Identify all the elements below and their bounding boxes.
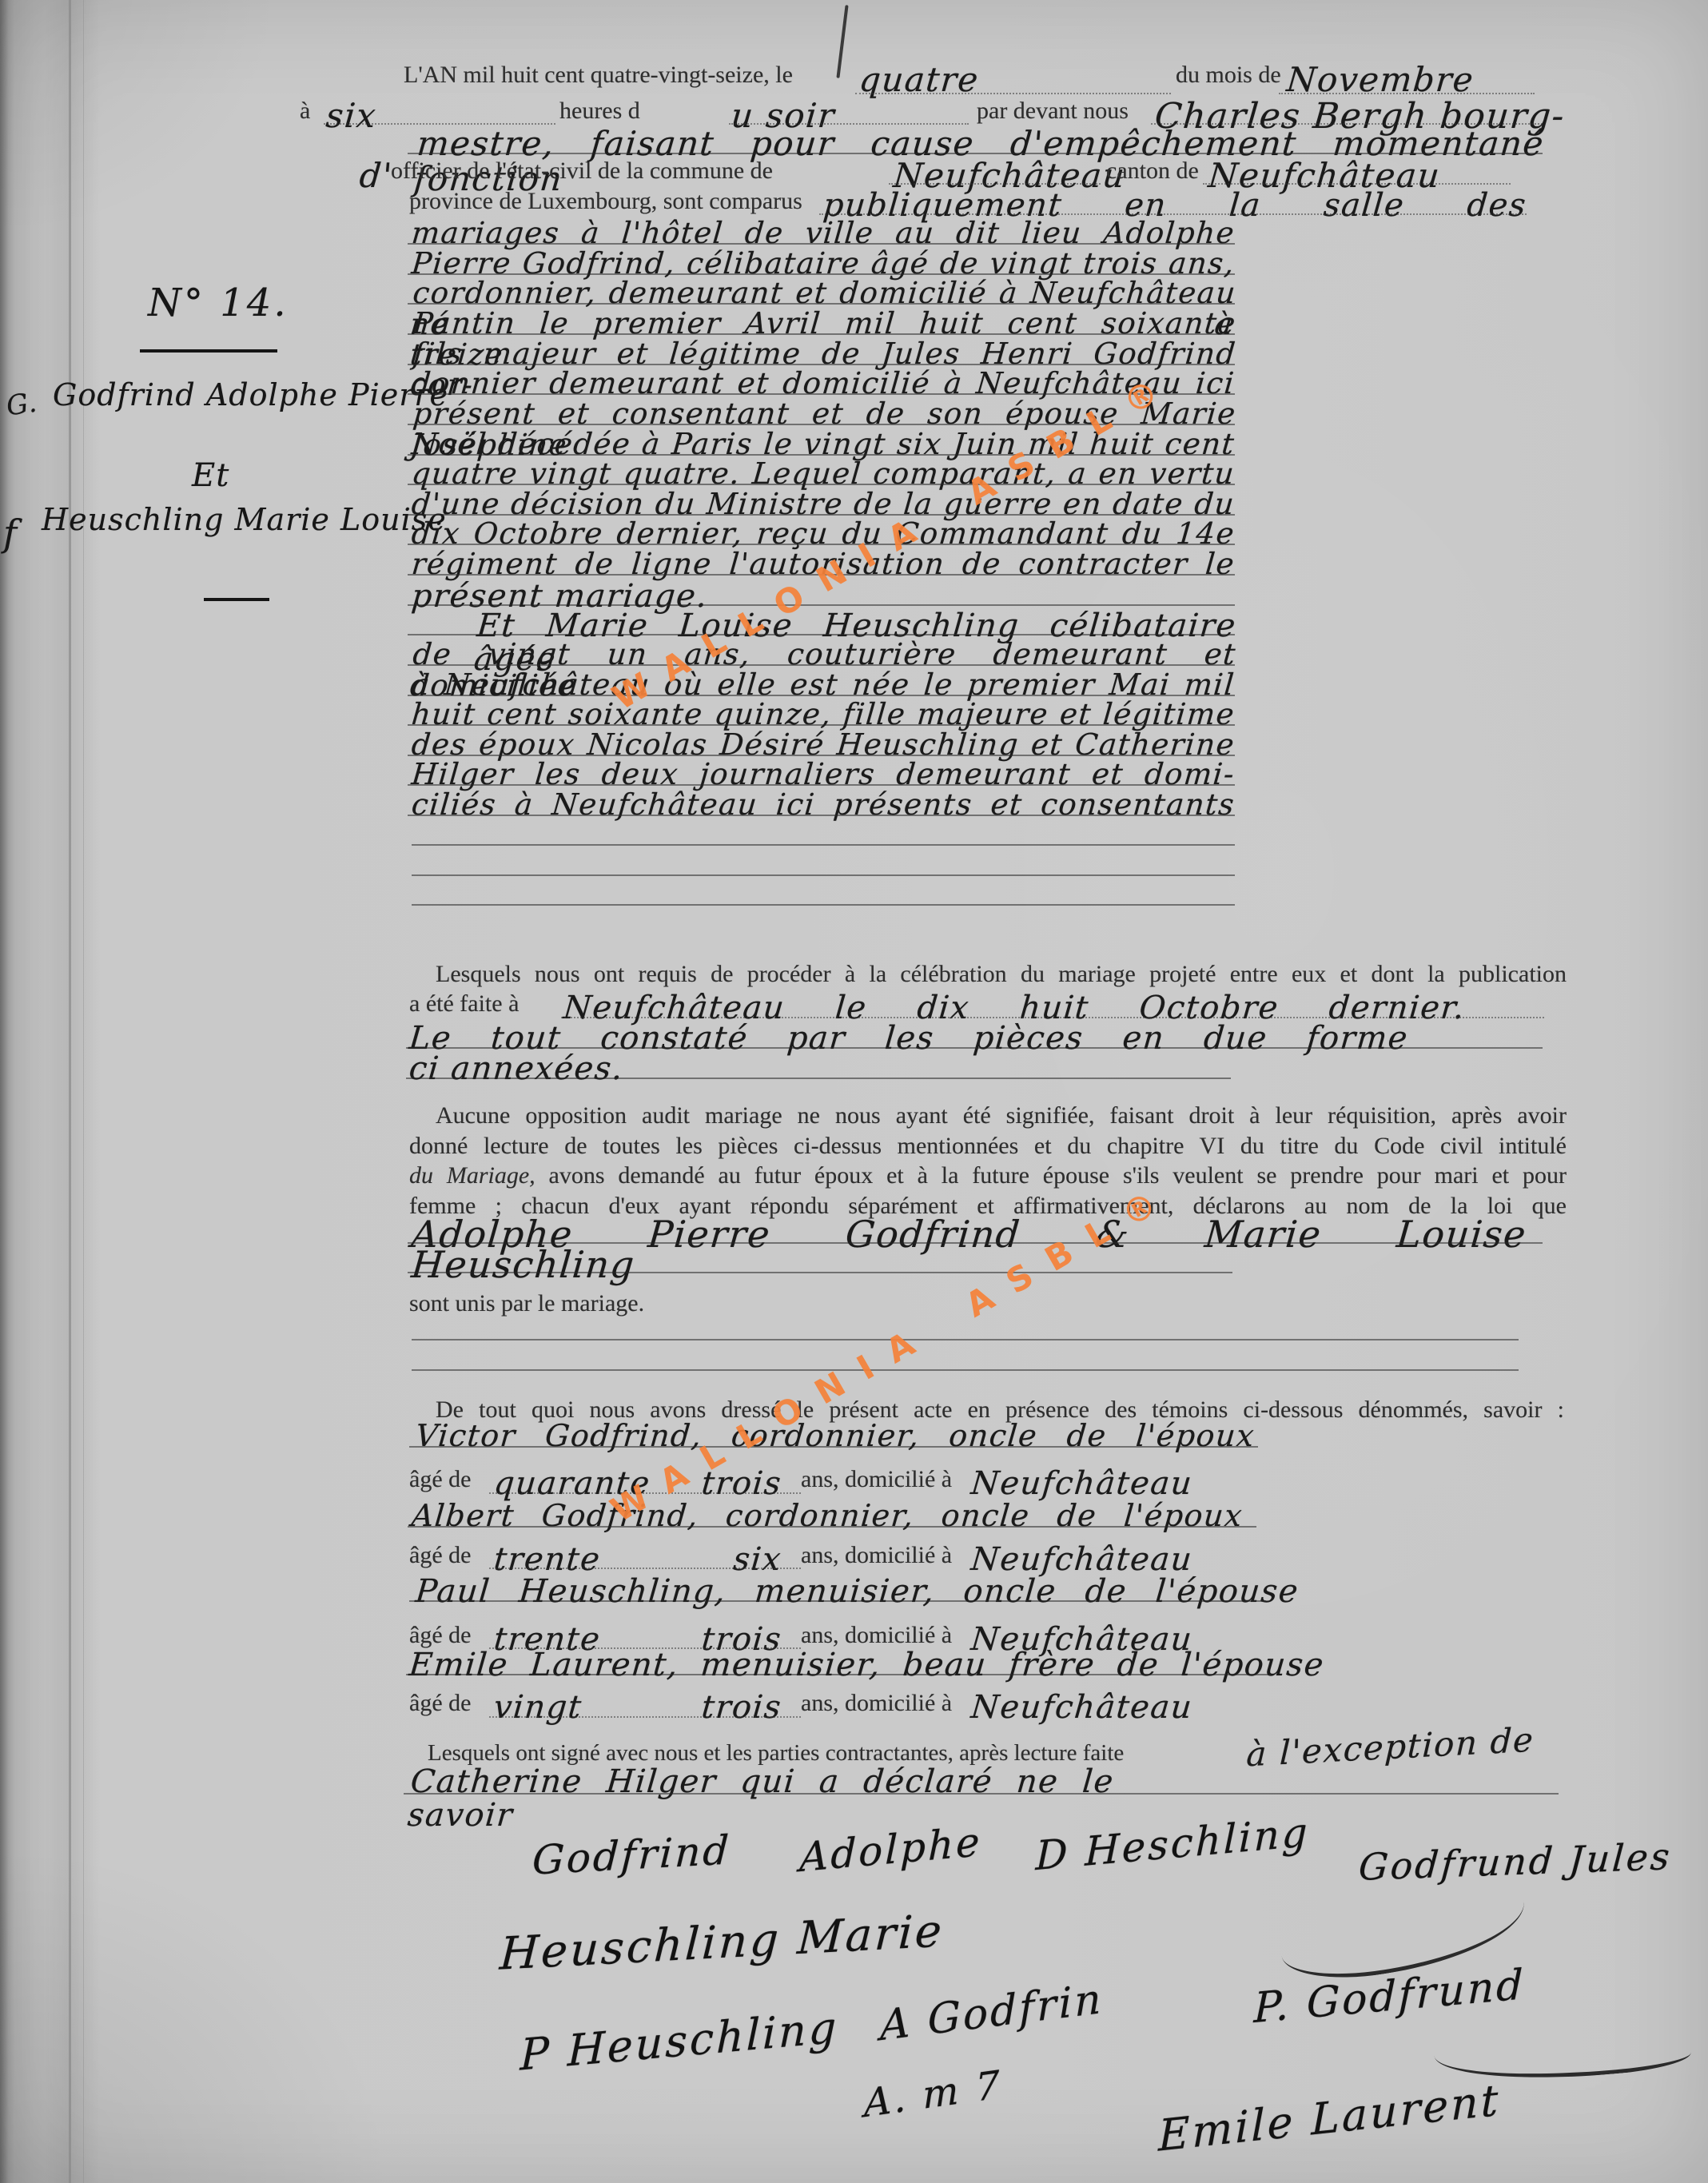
- signature-6: P Heuschling: [520, 2002, 839, 2080]
- form-rule: [408, 273, 1235, 275]
- form-rule: [1203, 183, 1511, 185]
- book-binding-edge: [0, 0, 14, 2183]
- signature-7: A Godfrin: [880, 1975, 1104, 2051]
- handwritten-entry: mariages à l'hôtel de ville au dit lieu …: [410, 218, 1236, 249]
- printed-form-text: canton de: [1106, 158, 1199, 184]
- form-rule: [408, 784, 1235, 786]
- printed-form-text: sont unis par le mariage.: [409, 1291, 644, 1317]
- handwritten-entry: dix Octobre dernier, reçu du Commandant …: [410, 519, 1236, 550]
- form-rule: [408, 1526, 1256, 1528]
- printed-form-text: L'AN mil huit cent quatre-vingt-seize, l…: [404, 62, 793, 88]
- form-rule: [408, 724, 1235, 726]
- form-rule: [412, 1339, 1519, 1340]
- printed-form-text: âgé de: [409, 1623, 471, 1648]
- form-rule: [408, 484, 1235, 485]
- printed-form-text: âgé de: [409, 1691, 471, 1716]
- form-rule: [855, 93, 1171, 94]
- signature-5: Heuschling Marie: [499, 1905, 946, 1980]
- handwritten-entry: quatre vingt quatre. Lequel comparant, a…: [410, 459, 1236, 490]
- handwritten-entry: ci annexées.: [408, 1052, 625, 1086]
- form-rule: [1279, 93, 1535, 94]
- form-rule: [408, 544, 1235, 545]
- handwritten-entry: Catherine Hilger qui a déclaré ne le sav…: [406, 1765, 1115, 1832]
- handwritten-entry: six: [324, 98, 378, 133]
- margin-bride-name: Heuschling Marie Louise: [42, 502, 447, 537]
- printed-form-text: heures d: [559, 98, 640, 124]
- printed-form-text: ans, domicilié à: [801, 1623, 952, 1648]
- form-rule: [412, 904, 1235, 906]
- handwritten-entry: d': [358, 158, 394, 193]
- form-rule: [409, 1600, 1266, 1602]
- signature-4: Godfrund Jules: [1357, 1834, 1673, 1889]
- margin-conjunction: Et: [192, 457, 229, 494]
- handwritten-entry: trente six: [492, 1543, 783, 1576]
- act-number-underline: [140, 349, 277, 353]
- printed-form-text: âgé de: [409, 1467, 471, 1492]
- margin-edge-mark: f: [3, 512, 18, 555]
- handwritten-entry: Paul Heuschling, menuisier, oncle de l'é…: [414, 1575, 1300, 1608]
- form-rule: [408, 755, 1235, 756]
- form-rule: [408, 695, 1235, 696]
- form-rule: [406, 1674, 1271, 1675]
- handwritten-entry: Emile Laurent, menuisier, beau frère de …: [408, 1648, 1326, 1682]
- margin-groom-name: Godfrind Adolphe Pierre: [53, 377, 448, 412]
- form-rule: [412, 874, 1235, 876]
- form-rule: [408, 634, 1235, 635]
- form-rule: [409, 1446, 1258, 1448]
- form-rule: [408, 333, 1235, 335]
- printed-form-text: du mois de: [1176, 62, 1281, 88]
- printed-form-text: Aucune opposition audit mariage ne nous …: [436, 1103, 1567, 1129]
- printed-form-text: province de Luxembourg, sont comparus: [409, 189, 802, 214]
- printed-form-text: à: [300, 98, 310, 124]
- printed-form-text: par devant nous: [977, 98, 1129, 124]
- form-rule: [404, 1793, 1559, 1795]
- scanned-marriage-record-page: G. f N° 14. Godfrind Adolphe Pierre Et H…: [0, 0, 1708, 2183]
- stray-pen-stroke: [836, 5, 848, 78]
- form-rule: [408, 815, 1235, 816]
- form-rule: [412, 844, 1235, 846]
- margin-edge-initial: G.: [4, 386, 39, 422]
- printed-form-line: du Mariage, avons demandé au futur époux…: [409, 1163, 1567, 1189]
- printed-form-text: âgé de: [409, 1543, 471, 1568]
- form-rule: [408, 454, 1235, 456]
- handwritten-entry: Hilger les deux journaliers demeurant et…: [410, 759, 1236, 791]
- handwritten-entry: huit cent soixante quinze, fille majeure…: [410, 699, 1236, 731]
- printed-form-text: officier de l'état-civil de la commune d…: [391, 158, 773, 184]
- printed-form-text: Lesquels ont signé avec nous et les part…: [428, 1741, 1124, 1765]
- form-rule: [408, 664, 1235, 666]
- printed-form-text: avons demandé au futur époux et à la fut…: [535, 1162, 1567, 1189]
- handwritten-entry: ciliés à Neufchâteau ici présents et con…: [410, 790, 1236, 821]
- form-rule: [408, 604, 1235, 606]
- form-rule: [489, 1716, 801, 1718]
- form-rule: [408, 303, 1235, 305]
- act-number: N° 14.: [148, 281, 289, 325]
- handwritten-entry: Heuschling: [410, 1245, 637, 1284]
- signature-10: Emile Laurent: [1158, 2074, 1500, 2161]
- form-rule: [406, 1047, 1543, 1049]
- printed-form-text: ans, domicilié à: [801, 1543, 952, 1568]
- form-rule: [408, 1272, 1232, 1273]
- gutter-shadow: [44, 0, 100, 2183]
- printed-form-text: ans, domicilié à: [801, 1467, 952, 1492]
- form-rule: [408, 514, 1235, 516]
- printed-form-text: donné lecture de toutes les pièces ci-de…: [409, 1133, 1567, 1159]
- form-rule: [561, 1017, 1544, 1018]
- handwritten-entry: Neufchâteau: [969, 1543, 1194, 1576]
- signature-1: Godfrind: [532, 1826, 732, 1883]
- form-rule: [408, 364, 1235, 365]
- form-rule: [412, 1369, 1519, 1371]
- form-rule: [889, 183, 1101, 185]
- form-rule: [489, 1568, 801, 1569]
- printed-form-text: ans, domicilié à: [801, 1691, 952, 1716]
- signature-9: A. m 7: [863, 2062, 1003, 2127]
- printed-form-text: a été faite à: [409, 991, 519, 1017]
- printed-form-text: Lesquels nous ont requis de procéder à l…: [436, 962, 1567, 987]
- form-rule: [819, 213, 1527, 215]
- handwritten-entry: Neufchâteau: [969, 1691, 1194, 1724]
- form-rule: [408, 153, 1543, 154]
- margin-dash: [204, 598, 269, 601]
- printed-italic-text: du Mariage,: [409, 1162, 535, 1189]
- handwritten-entry: à l'exception de: [1246, 1723, 1535, 1773]
- handwritten-entry: vingt trois: [492, 1691, 783, 1724]
- form-rule: [408, 243, 1235, 245]
- form-rule: [406, 1078, 1231, 1079]
- handwritten-entry: Neufchâteau: [969, 1467, 1194, 1500]
